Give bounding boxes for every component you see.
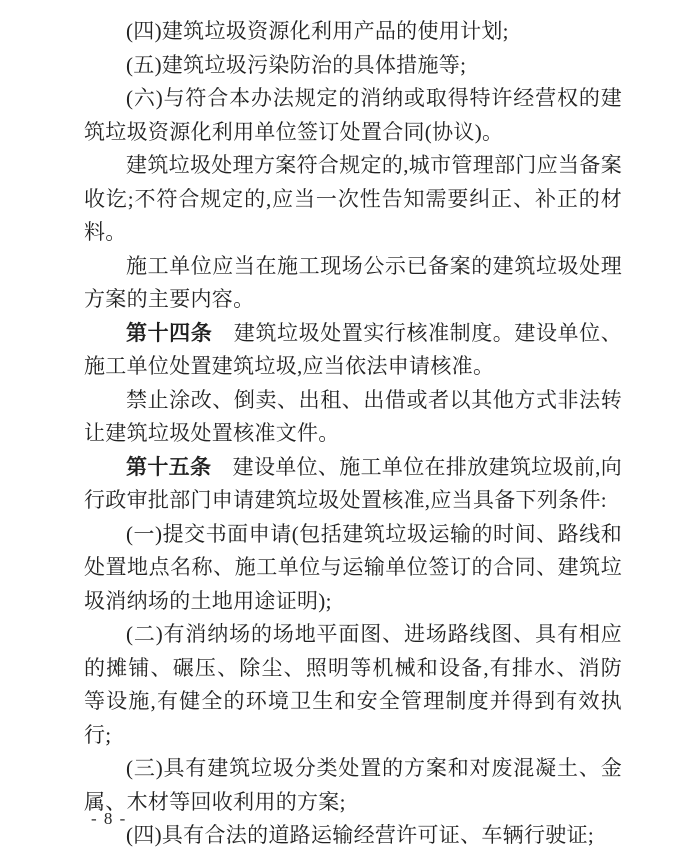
para-filing-review: 建筑垃圾处理方案符合规定的,城市管理部门应当备案收讫;不符合规定的,应当一次性告… bbox=[84, 149, 622, 250]
para-site-publicity: 施工单位应当在施工现场公示已备案的建筑垃圾处理方案的主要内容。 bbox=[84, 250, 622, 317]
condition-text: (四)具有合法的道路运输经营许可证、车辆行驶证; bbox=[126, 823, 594, 847]
paragraph-text: 禁止涂改、倒卖、出租、出借或者以其他方式非法转让建筑垃圾处置核准文件。 bbox=[84, 388, 622, 446]
condition-4-transport-licenses: (四)具有合法的道路运输经营许可证、车辆行驶证; bbox=[84, 819, 622, 853]
condition-3-recycling-plan: (三)具有建筑垃圾分类处置的方案和对废混凝土、金属、木材等回收利用的方案; bbox=[84, 752, 622, 819]
clause-6-disposal-contract: (六)与符合本办法规定的消纳或取得特许经营权的建筑垃圾资源化利用单位签订处置合同… bbox=[84, 82, 622, 149]
condition-text: (一)提交书面申请(包括建筑垃圾运输的时间、路线和处置地点名称、施工单位与运输单… bbox=[84, 522, 622, 613]
condition-text: (三)具有建筑垃圾分类处置的方案和对废混凝土、金属、木材等回收利用的方案; bbox=[84, 756, 622, 814]
article-14: 第十四条 建筑垃圾处置实行核准制度。建设单位、施工单位处置建筑垃圾,应当依法申请… bbox=[84, 317, 622, 384]
paragraph-text: 施工单位应当在施工现场公示已备案的建筑垃圾处理方案的主要内容。 bbox=[84, 254, 622, 312]
condition-1-written-application: (一)提交书面申请(包括建筑垃圾运输的时间、路线和处置地点名称、施工单位与运输单… bbox=[84, 518, 622, 619]
clause-text: (四)建筑垃圾资源化利用产品的使用计划; bbox=[126, 19, 509, 43]
para-transfer-prohibition: 禁止涂改、倒卖、出租、出借或者以其他方式非法转让建筑垃圾处置核准文件。 bbox=[84, 384, 622, 451]
page-number: - 8 - bbox=[91, 808, 127, 830]
article-14-number: 第十四条 bbox=[126, 321, 212, 345]
article-15: 第十五条 建设单位、施工单位在排放建筑垃圾前,向行政审批部门申请建筑垃圾处置核准… bbox=[84, 451, 622, 518]
document-body: (四)建筑垃圾资源化利用产品的使用计划; (五)建筑垃圾污染防治的具体措施等; … bbox=[84, 15, 622, 853]
condition-text: (二)有消纳场的场地平面图、进场路线图、具有相应的摊铺、碾压、除尘、照明等机械和… bbox=[84, 622, 622, 747]
paragraph-text: 建筑垃圾处理方案符合规定的,城市管理部门应当备案收讫;不符合规定的,应当一次性告… bbox=[84, 153, 622, 244]
article-15-number: 第十五条 bbox=[126, 455, 211, 479]
clause-text: (六)与符合本办法规定的消纳或取得特许经营权的建筑垃圾资源化利用单位签订处置合同… bbox=[84, 86, 622, 144]
document-page: (四)建筑垃圾资源化利用产品的使用计划; (五)建筑垃圾污染防治的具体措施等; … bbox=[0, 0, 700, 853]
clause-4-product-use-plan: (四)建筑垃圾资源化利用产品的使用计划; bbox=[84, 15, 622, 49]
condition-2-site-facilities: (二)有消纳场的场地平面图、进场路线图、具有相应的摊铺、碾压、除尘、照明等机械和… bbox=[84, 618, 622, 752]
clause-5-pollution-prevention: (五)建筑垃圾污染防治的具体措施等; bbox=[84, 49, 622, 83]
clause-text: (五)建筑垃圾污染防治的具体措施等; bbox=[126, 53, 466, 77]
